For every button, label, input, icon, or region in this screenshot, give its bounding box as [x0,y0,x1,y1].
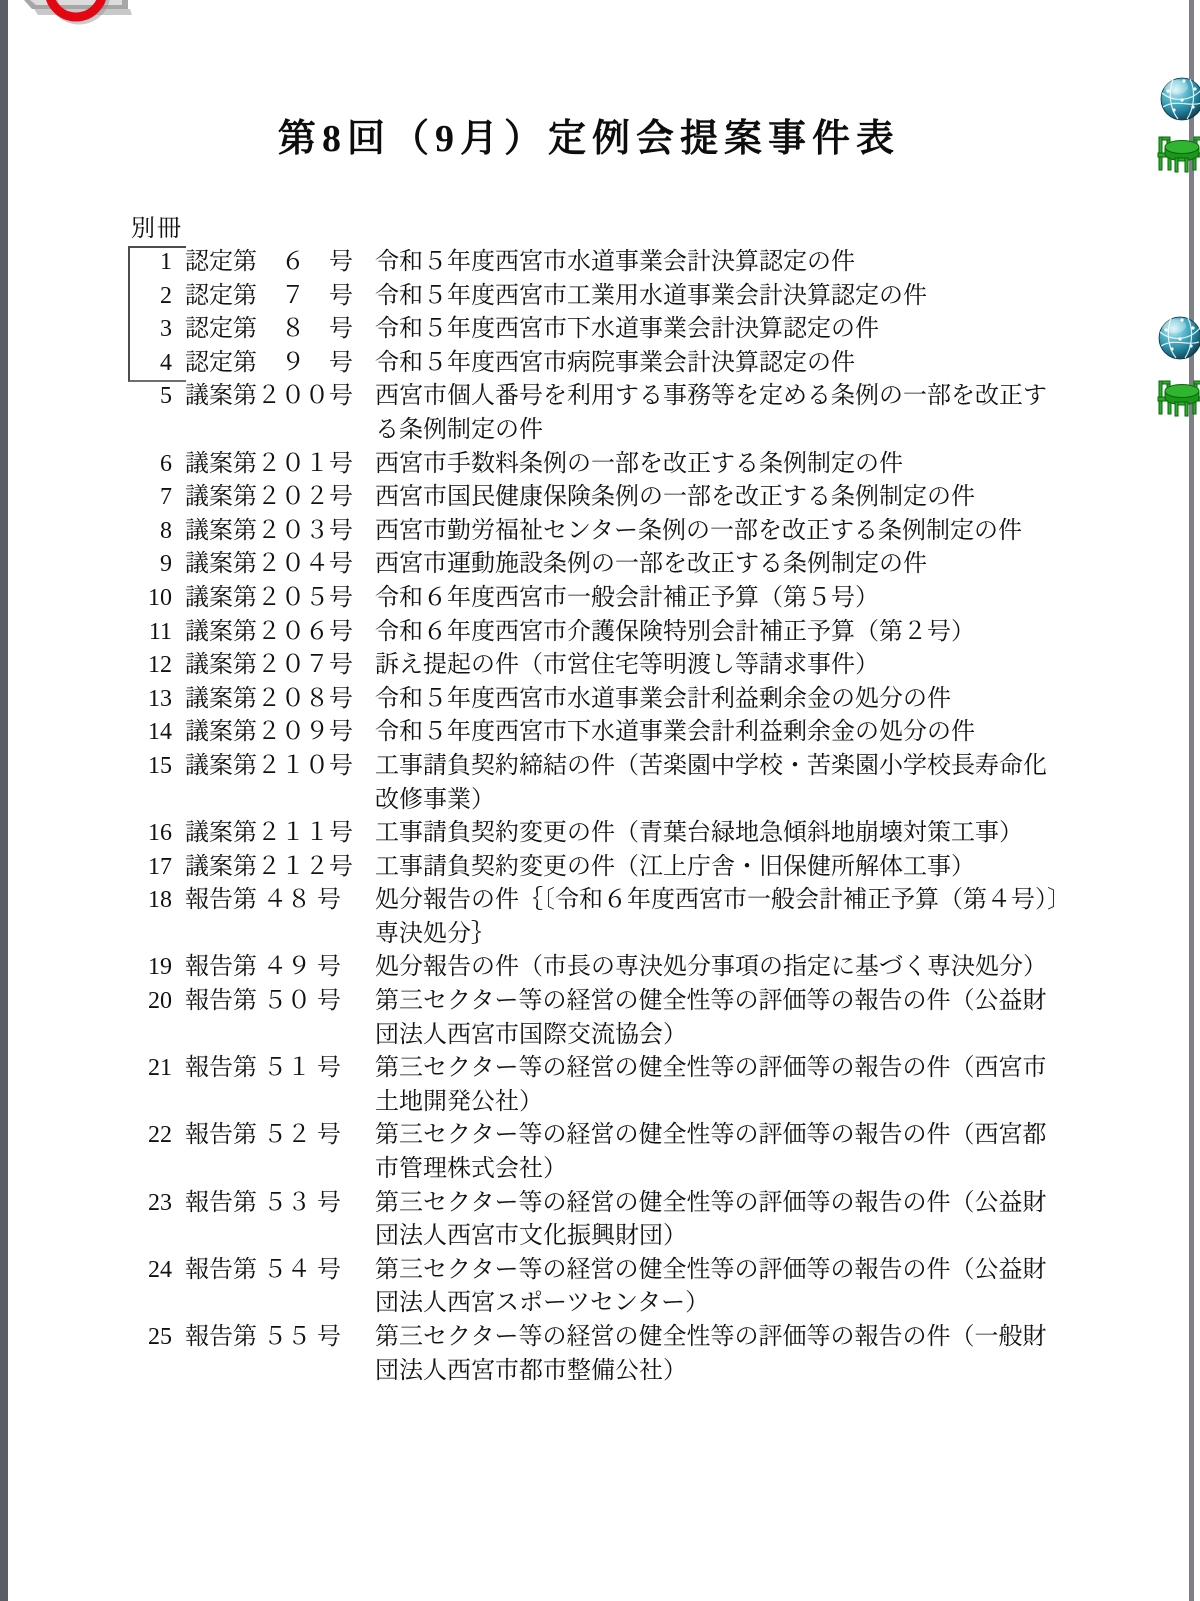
item-description: 処分報告の件｛〔令和６年度西宮市一般会計補正予算（第４号）〕 専決処分｝ [375,884,1130,951]
list-item: 20 報告第 ５０ 号 第三セクター等の経営の健全性等の評価等の報告の件（公益財… [130,985,1130,1052]
item-doc-number: 議案第２０５号 [185,582,375,616]
item-doc-number: 認定第 ９ 号 [185,347,375,381]
list-item: 24 報告第 ５４ 号 第三セクター等の経営の健全性等の評価等の報告の件（公益財… [130,1254,1130,1321]
item-number: 20 [130,985,172,1019]
item-doc-number: 報告第 ５２ 号 [185,1119,375,1153]
item-description: 訴え提起の件（市営住宅等明渡し等請求事件） [375,649,1130,683]
item-doc-number: 報告第 ５３ 号 [185,1187,375,1221]
list-item: 5 議案第２００号 西宮市個人番号を利用する事務等を定める条例の一部を改正す る… [130,380,1130,447]
right-page-edge-line [1189,0,1194,1601]
item-description: 令和５年度西宮市工業用水道事業会計決算認定の件 [375,280,1130,314]
item-number: 22 [130,1119,172,1153]
item-description: 令和５年度西宮市下水道事業会計利益剰余金の処分の件 [375,716,1130,750]
item-doc-number: 議案第２０６号 [185,616,375,650]
item-number: 3 [130,313,172,347]
item-number: 1 [130,246,172,280]
item-description: 西宮市個人番号を利用する事務等を定める条例の一部を改正す る条例制定の件 [375,380,1130,447]
appendix-label: 別冊 [131,208,183,243]
page-title: 第8回（9月）定例会提案事件表 [0,107,1178,162]
item-doc-number: 議案第２０９号 [185,716,375,750]
item-number: 13 [130,683,172,717]
item-number: 23 [130,1187,172,1221]
item-doc-number: 認定第 ８ 号 [185,313,375,347]
item-doc-number: 報告第 ５５ 号 [185,1321,375,1355]
item-doc-number: 報告第 ５４ 号 [185,1254,375,1288]
item-description: 第三セクター等の経営の健全性等の評価等の報告の件（公益財 団法人西宮スポーツセン… [375,1254,1130,1321]
item-doc-number: 議案第２０４号 [185,548,375,582]
item-description: 第三セクター等の経営の健全性等の評価等の報告の件（西宮市 土地開発公社） [375,1052,1130,1119]
item-number: 25 [130,1321,172,1355]
list-item: 22 報告第 ５２ 号 第三セクター等の経営の健全性等の評価等の報告の件（西宮都… [130,1119,1130,1186]
item-number: 24 [130,1254,172,1288]
globe-link-icon[interactable] [1158,316,1200,360]
item-doc-number: 議案第２０７号 [185,649,375,683]
item-number: 5 [130,380,172,414]
list-item: 10 議案第２０５号 令和６年度西宮市一般会計補正予算（第５号） [130,582,1130,616]
item-description: 令和５年度西宮市病院事業会計決算認定の件 [375,347,1130,381]
item-description: 第三セクター等の経営の健全性等の評価等の報告の件（公益財 団法人西宮市国際交流協… [375,985,1130,1052]
list-item: 11 議案第２０６号 令和６年度西宮市介護保険特別会計補正予算（第２号） [130,616,1130,650]
item-description: 令和５年度西宮市下水道事業会計決算認定の件 [375,313,1130,347]
item-number: 11 [130,616,172,650]
list-item: 13 議案第２０８号 令和５年度西宮市水道事業会計利益剰余金の処分の件 [130,683,1130,717]
item-description: 令和６年度西宮市一般会計補正予算（第５号） [375,582,1130,616]
item-description: 西宮市勤労福祉センター条例の一部を改正する条例制定の件 [375,515,1130,549]
item-description: 西宮市国民健康保険条例の一部を改正する条例制定の件 [375,481,1130,515]
item-number: 8 [130,515,172,549]
list-item: 9 議案第２０４号 西宮市運動施設条例の一部を改正する条例制定の件 [130,548,1130,582]
item-doc-number: 認定第 ６ 号 [185,246,375,280]
item-doc-number: 認定第 ７ 号 [185,280,375,314]
list-item: 14 議案第２０９号 令和５年度西宮市下水道事業会計利益剰余金の処分の件 [130,716,1130,750]
list-item: 19 報告第 ４９ 号 処分報告の件（市長の専決処分事項の指定に基づく専決処分） [130,951,1130,985]
item-doc-number: 議案第２０１号 [185,448,375,482]
item-doc-number: 議案第２１０号 [185,750,375,784]
item-doc-number: 議案第２１１号 [185,817,375,851]
item-number: 18 [130,884,172,918]
list-item: 3 認定第 ８ 号 令和５年度西宮市下水道事業会計決算認定の件 [130,313,1130,347]
item-number: 17 [130,851,172,885]
item-description: 令和５年度西宮市水道事業会計利益剰余金の処分の件 [375,683,1130,717]
list-item: 23 報告第 ５３ 号 第三セクター等の経営の健全性等の評価等の報告の件（公益財… [130,1187,1130,1254]
item-number: 10 [130,582,172,616]
item-description: 第三セクター等の経営の健全性等の評価等の報告の件（一般財 団法人西宮市都市整備公… [375,1321,1130,1388]
item-doc-number: 議案第２０２号 [185,481,375,515]
item-doc-number: 報告第 ５０ 号 [185,985,375,1019]
item-doc-number: 議案第２００号 [185,380,375,414]
item-number: 4 [130,347,172,381]
list-item: 18 報告第 ４８ 号 処分報告の件｛〔令和６年度西宮市一般会計補正予算（第４号… [130,884,1130,951]
item-number: 19 [130,951,172,985]
item-description: 西宮市手数料条例の一部を改正する条例制定の件 [375,448,1130,482]
item-doc-number: 報告第 ４８ 号 [185,884,375,918]
list-item: 15 議案第２１０号 工事請負契約締結の件（苦楽園中学校・苦楽園小学校長寿命化 … [130,750,1130,817]
item-number: 2 [130,280,172,314]
item-number: 16 [130,817,172,851]
left-edge-bar [0,0,8,1601]
item-number: 6 [130,448,172,482]
list-item: 16 議案第２１１号 工事請負契約変更の件（青葉台緑地急傾斜地崩壊対策工事） [130,817,1130,851]
list-item: 12 議案第２０７号 訴え提起の件（市営住宅等明渡し等請求事件） [130,649,1130,683]
list-item: 17 議案第２１２号 工事請負契約変更の件（江上庁舎・旧保健所解体工事） [130,851,1130,885]
item-number: 7 [130,481,172,515]
list-item: 7 議案第２０２号 西宮市国民健康保険条例の一部を改正する条例制定の件 [130,481,1130,515]
meeting-table-icon[interactable] [1156,370,1200,418]
list-item: 8 議案第２０３号 西宮市勤労福祉センター条例の一部を改正する条例制定の件 [130,515,1130,549]
list-item: 4 認定第 ９ 号 令和５年度西宮市病院事業会計決算認定の件 [130,347,1130,381]
list-item: 1 認定第 ６ 号 令和５年度西宮市水道事業会計決算認定の件 [130,246,1130,280]
list-item: 21 報告第 ５１ 号 第三セクター等の経営の健全性等の評価等の報告の件（西宮市… [130,1052,1130,1119]
item-doc-number: 議案第２１２号 [185,851,375,885]
item-description: 第三セクター等の経営の健全性等の評価等の報告の件（公益財 団法人西宮市文化振興財… [375,1187,1130,1254]
item-doc-number: 議案第２０３号 [185,515,375,549]
item-number: 9 [130,548,172,582]
clipped-logo-stamp [24,0,134,26]
globe-link-icon[interactable] [1160,77,1200,121]
item-description: 西宮市運動施設条例の一部を改正する条例制定の件 [375,548,1130,582]
item-description: 工事請負契約変更の件（青葉台緑地急傾斜地崩壊対策工事） [375,817,1130,851]
item-description: 第三セクター等の経営の健全性等の評価等の報告の件（西宮都 市管理株式会社） [375,1119,1130,1186]
item-doc-number: 報告第 ４９ 号 [185,951,375,985]
item-description: 令和５年度西宮市水道事業会計決算認定の件 [375,246,1130,280]
document-page: { "header": { "title": "第8回（9月）定例会提案事件表"… [0,0,1200,1601]
item-number: 14 [130,716,172,750]
item-doc-number: 議案第２０８号 [185,683,375,717]
agenda-list: 1 認定第 ６ 号 令和５年度西宮市水道事業会計決算認定の件 2 認定第 ７ 号… [130,246,1130,1388]
meeting-table-icon[interactable] [1156,126,1200,174]
list-item: 25 報告第 ５５ 号 第三セクター等の経営の健全性等の評価等の報告の件（一般財… [130,1321,1130,1388]
item-number: 21 [130,1052,172,1086]
item-number: 15 [130,750,172,784]
list-item: 2 認定第 ７ 号 令和５年度西宮市工業用水道事業会計決算認定の件 [130,280,1130,314]
item-description: 工事請負契約締結の件（苦楽園中学校・苦楽園小学校長寿命化 改修事業） [375,750,1130,817]
item-description: 令和６年度西宮市介護保険特別会計補正予算（第２号） [375,616,1130,650]
list-item: 6 議案第２０１号 西宮市手数料条例の一部を改正する条例制定の件 [130,448,1130,482]
item-number: 12 [130,649,172,683]
item-description: 工事請負契約変更の件（江上庁舎・旧保健所解体工事） [375,851,1130,885]
item-description: 処分報告の件（市長の専決処分事項の指定に基づく専決処分） [375,951,1130,985]
item-doc-number: 報告第 ５１ 号 [185,1052,375,1086]
